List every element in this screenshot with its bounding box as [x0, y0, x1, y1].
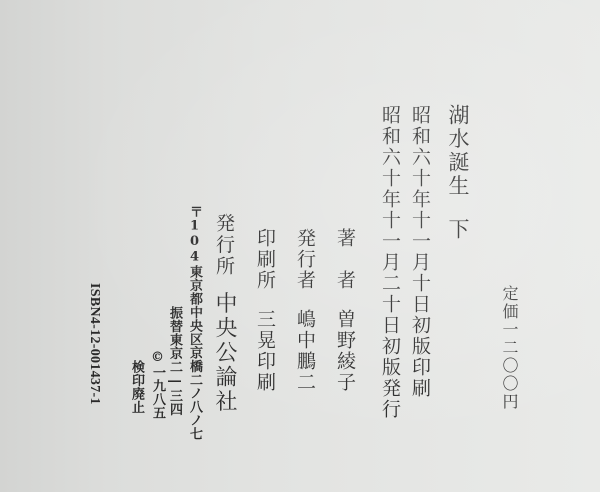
credit-author: 著 者曽野綾子	[335, 228, 354, 393]
credit-name-printer: 三晃印刷	[254, 309, 276, 393]
credit-role-publisher: 発行者	[294, 228, 316, 291]
book-title: 湖水誕生	[446, 104, 470, 198]
credit-role-printer: 印刷所	[254, 228, 276, 291]
credit-name-author: 曽野綾子	[334, 309, 356, 393]
colophon-page: 定価一二〇〇円 湖水誕生下 昭和六十年十一月十日初版印刷 昭和六十年十一月二十日…	[0, 0, 600, 492]
credit-name-publishing-house: 中央公論社	[212, 292, 237, 415]
price-label: 定価一二〇〇円	[501, 285, 517, 411]
volume-label: 下	[446, 218, 470, 242]
isbn-number: ISBN4-12-001437-1	[86, 283, 102, 405]
credit-publishing-house: 発行所中央公論社	[213, 213, 235, 414]
print-date: 昭和六十年十一月十日初版印刷	[410, 105, 429, 399]
credit-name-publisher: 嶋中鵬二	[294, 309, 316, 393]
credit-role-publishing-house: 発行所	[213, 213, 235, 278]
credit-printer: 印刷所三晃印刷	[255, 228, 274, 393]
publish-date: 昭和六十年十一月二十日初版発行	[380, 105, 399, 420]
seal-notice: 検印廃止	[130, 360, 143, 414]
copyright-notice: ©一九八五	[151, 350, 164, 420]
publisher-address: 〒104東京都中央区京橋二ノ八ノ七	[188, 205, 201, 441]
credit-publisher-person: 発行者嶋中鵬二	[295, 228, 314, 393]
credit-role-author: 著 者	[334, 228, 356, 291]
book-title-column: 湖水誕生下	[447, 104, 468, 242]
transfer-account: 振替東京二―三四	[168, 306, 181, 416]
